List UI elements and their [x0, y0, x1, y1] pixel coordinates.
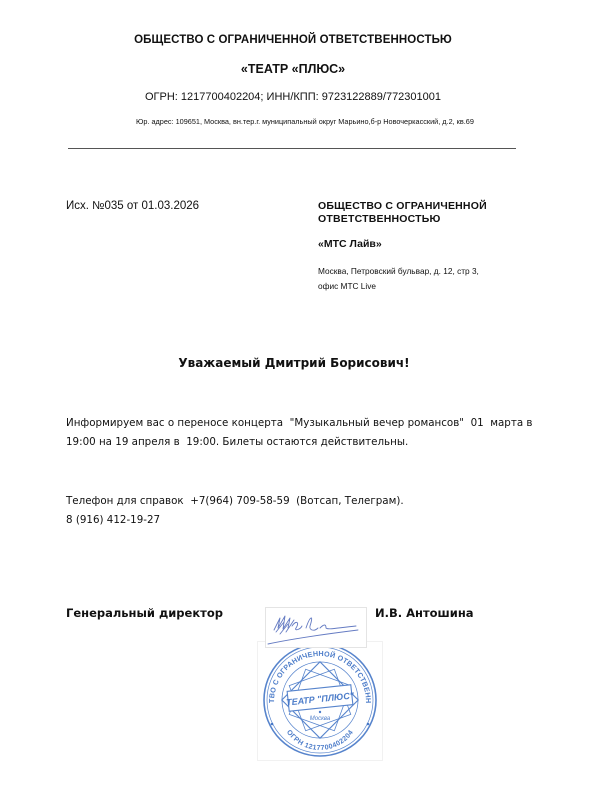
- svg-text:ОГРН 1217700402204: ОГРН 1217700402204: [285, 729, 355, 752]
- letterhead-divider: [68, 148, 516, 149]
- handwritten-signature: [265, 607, 367, 648]
- sender-registration: ОГРН: 1217700402204; ИНН/КПП: 9723122889…: [0, 91, 586, 103]
- stamp-seal-icon: ОБЩЕСТВО С ОГРАНИЧЕННОЙ ОТВЕТСТВЕННОСТЬЮ…: [258, 642, 382, 760]
- contact-phone-line2: 8 (916) 412-19-27: [66, 511, 536, 530]
- letter-body: Информируем вас о переносе концерта "Муз…: [66, 414, 536, 452]
- svg-text:Москва: Москва: [310, 716, 331, 722]
- recipient-address: Москва, Петровский бульвар, д. 12, стр 3…: [318, 264, 528, 294]
- signatory-name: И.В. Антошина: [375, 606, 474, 620]
- letter-body-line1: Информируем вас о переносе концерта "Муз…: [66, 414, 536, 433]
- company-stamp: ОБЩЕСТВО С ОГРАНИЧЕННОЙ ОТВЕТСТВЕННОСТЬЮ…: [257, 641, 383, 761]
- contact-info: Телефон для справок +7(964) 709-58-59 (В…: [66, 492, 536, 530]
- recipient-org-type: ОБЩЕСТВО С ОГРАНИЧЕННОЙ ОТВЕТСТВЕННОСТЬЮ: [318, 200, 528, 226]
- sender-org-name: «ТЕАТР «ПЛЮС»: [0, 62, 586, 76]
- sender-org-type: ОБЩЕСТВО С ОГРАНИЧЕННОЙ ОТВЕТСТВЕННОСТЬЮ: [0, 34, 586, 46]
- outgoing-reference: Исх. №035 от 01.03.2026: [66, 200, 199, 212]
- sender-legal-address: Юр. адрес: 109651, Москва, вн.тер.г. мун…: [136, 117, 474, 126]
- letter-body-line2: 19:00 на 19 апреля в 19:00. Билеты остаю…: [66, 433, 536, 452]
- recipient-org-name: «МТС Лайв»: [318, 238, 528, 250]
- signatory-position: Генеральный директор: [66, 606, 223, 620]
- contact-phone-line1: Телефон для справок +7(964) 709-58-59 (В…: [66, 492, 536, 511]
- signature-scribble-icon: [266, 608, 366, 647]
- recipient-address-line1: Москва, Петровский бульвар, д. 12, стр 3…: [318, 264, 528, 279]
- recipient-block: ОБЩЕСТВО С ОГРАНИЧЕННОЙ ОТВЕТСТВЕННОСТЬЮ…: [318, 200, 528, 294]
- greeting: Уважаемый Дмитрий Борисович!: [0, 356, 588, 370]
- recipient-address-line2: офис МТС Live: [318, 279, 528, 294]
